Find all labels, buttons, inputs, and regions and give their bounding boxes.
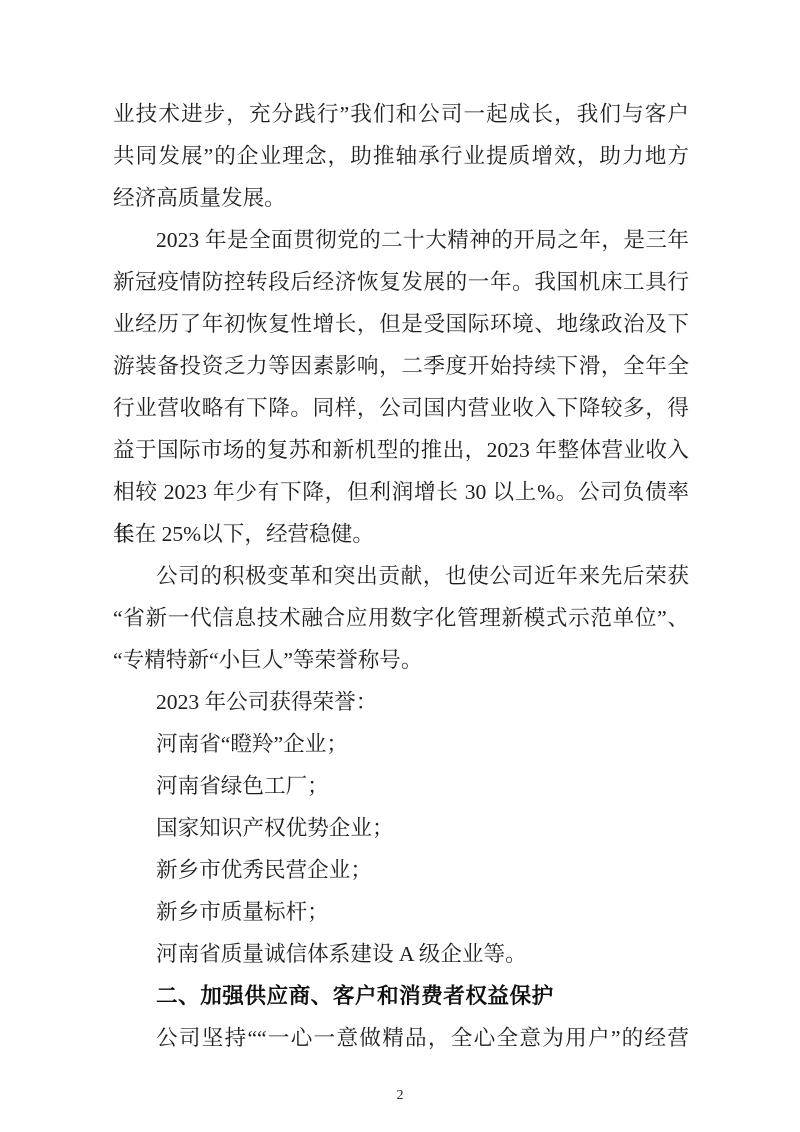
document-line: 游装备投资乏力等因素影响，二季度开始持续下滑，全年全 [113,345,689,387]
document-line: 国家知识产权优势企业； [113,807,689,849]
document-line: 共同发展”的企业理念，助推轴承行业提质增效，助力地方 [113,135,689,177]
document-line: 相较 2023 年少有下降，但利润增长 30 以上%。公司负债率长 [113,471,689,513]
document-line: 河南省质量诚信体系建设 A 级企业等。 [113,933,689,975]
section-heading: 二、加强供应商、客户和消费者权益保护 [113,975,689,1017]
document-line: 公司坚持““一心一意做精品，全心全意为用户”的经营 [113,1017,689,1059]
document-line: 业技术进步，充分践行”我们和公司一起成长，我们与客户 [113,93,689,135]
document-line: 新乡市质量标杆； [113,891,689,933]
document-line: 行业营收略有下降。同样，公司国内营业收入下降较多，得 [113,387,689,429]
document-line: 公司的积极变革和突出贡献，也使公司近年来先后荣获 [113,555,689,597]
document-line: 河南省“瞪羚”企业； [113,723,689,765]
document-line: 经济高质量发展。 [113,177,689,219]
document-line: “专精特新“小巨人”等荣誉称号。 [113,639,689,681]
page-footer: 2 [0,1086,800,1104]
document-line: “省新一代信息技术融合应用数字化管理新模式示范单位”、 [113,597,689,639]
document-page: 业技术进步，充分践行”我们和公司一起成长，我们与客户共同发展”的企业理念，助推轴… [0,0,800,1132]
document-line: 河南省绿色工厂； [113,765,689,807]
document-line: 业经历了年初恢复性增长，但是受国际环境、地缘政治及下 [113,303,689,345]
document-line: 新乡市优秀民营企业； [113,849,689,891]
document-lines: 业技术进步，充分践行”我们和公司一起成长，我们与客户共同发展”的企业理念，助推轴… [113,93,689,1059]
document-line: 2023 年公司获得荣誉： [113,681,689,723]
document-line: 新冠疫情防控转段后经济恢复发展的一年。我国机床工具行 [113,261,689,303]
document-line: 益于国际市场的复苏和新机型的推出，2023 年整体营业收入 [113,429,689,471]
page-number: 2 [397,1088,404,1103]
document-line: 2023 年是全面贯彻党的二十大精神的开局之年，是三年 [113,219,689,261]
document-line: 年在 25%以下，经营稳健。 [113,513,689,555]
